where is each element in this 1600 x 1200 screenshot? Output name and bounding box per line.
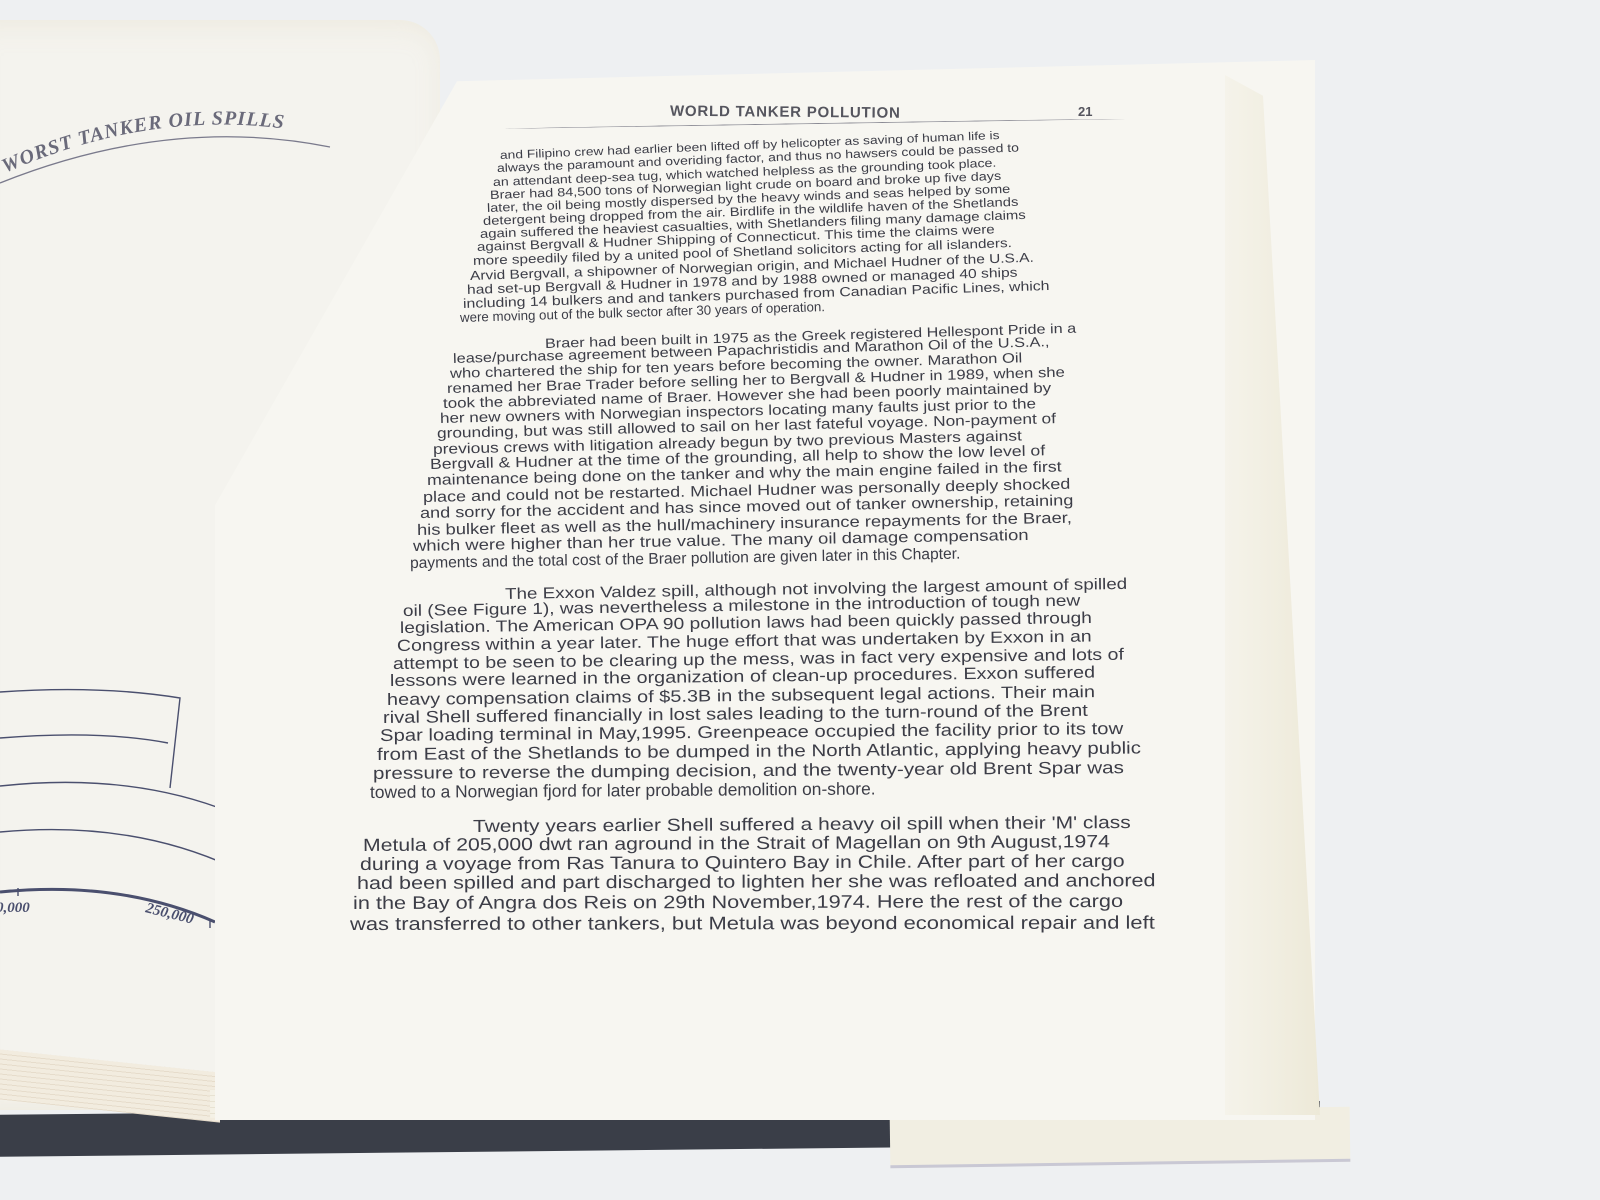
body-text-line: in the Bay of Angra dos Reis on 29th Nov… xyxy=(353,891,1123,914)
left-page-title: WORST TANKER OIL SPILLS xyxy=(0,95,360,205)
running-head: WORLD TANKER POLLUTION xyxy=(670,103,970,123)
book-photo: WORST TANKER OIL SPILLS 0,000 250,000 WO… xyxy=(0,0,1600,1200)
svg-text:0,000: 0,000 xyxy=(0,900,30,916)
body-text-line: towed to a Norwegian fjord for later pro… xyxy=(370,778,876,802)
page-number: 21 xyxy=(1078,104,1092,119)
body-text-line: was transferred to other tankers, but Me… xyxy=(350,911,1155,934)
